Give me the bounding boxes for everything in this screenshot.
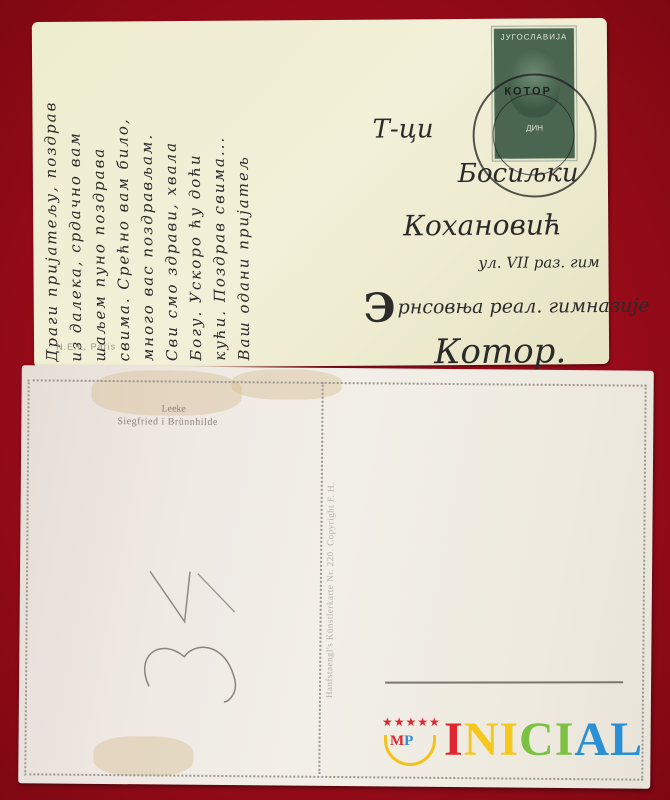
message-line: Сви смо здрави, хвала (158, 31, 184, 361)
mp-emblem-icon: ★★★★★ MP (378, 715, 438, 765)
stamp-country: ЈУГОСЛАВИЈА (501, 32, 568, 41)
address-line: ул. VII раз. гим (478, 253, 599, 272)
artist-name: Leeke (161, 403, 186, 414)
publisher-line: Hanfstaengl's Künstlerkarte Nr. 220. Cop… (324, 482, 336, 698)
address-city: Котор. (434, 331, 566, 372)
mp-monogram: MP (390, 733, 413, 750)
publisher-mark: N.E.L. Paris (56, 341, 116, 351)
address-line: Босиљки (458, 158, 579, 189)
message-line: Богу. Ускоро ћу доћи (182, 31, 208, 361)
wordmark-letter: L (610, 713, 643, 766)
message-line: Ваш одани пријатељ (230, 30, 256, 360)
address-line: Кохановић (403, 208, 562, 242)
wordmark-letter: A (574, 713, 610, 766)
message-line: свима. Срећно вам било, (110, 31, 136, 361)
postmark-text: КОТОР (504, 85, 552, 97)
inicial-watermark-logo: ★★★★★ MP INICIAL (378, 715, 643, 765)
inicial-wordmark: INICIAL (444, 716, 643, 764)
handwritten-message: Драги пријатељу, поздрав из далека, срда… (36, 30, 338, 362)
address-line: Т-ци (372, 114, 433, 144)
wordmark-letter: N (464, 713, 500, 766)
artwork-title: Siegfried i Brünnhilde (117, 416, 218, 428)
message-line: кући. Поздрав свима... (206, 31, 232, 361)
pencil-note-icon (129, 561, 270, 712)
postcard-front: Драги пријатељу, поздрав из далека, срда… (32, 18, 609, 368)
wordmark-letter: C (519, 713, 555, 766)
message-line: из далека, срдачно вам (62, 32, 88, 362)
wordmark-letter: I (499, 713, 519, 766)
message-line: шаљем пуно поздрава (86, 31, 112, 361)
wordmark-letter: I (444, 713, 464, 766)
address-line-text: рнсовња реал. гимназије (398, 295, 650, 319)
address-line: Эрнсовња реал. гимназије (364, 275, 650, 324)
stars-icon: ★★★★★ (382, 715, 441, 730)
address-initial: Э (364, 284, 396, 331)
wordmark-letter: I (555, 713, 575, 766)
message-line: много вас поздрављам. (134, 31, 160, 361)
message-line: Драги пријатељу, поздрав (38, 32, 64, 362)
